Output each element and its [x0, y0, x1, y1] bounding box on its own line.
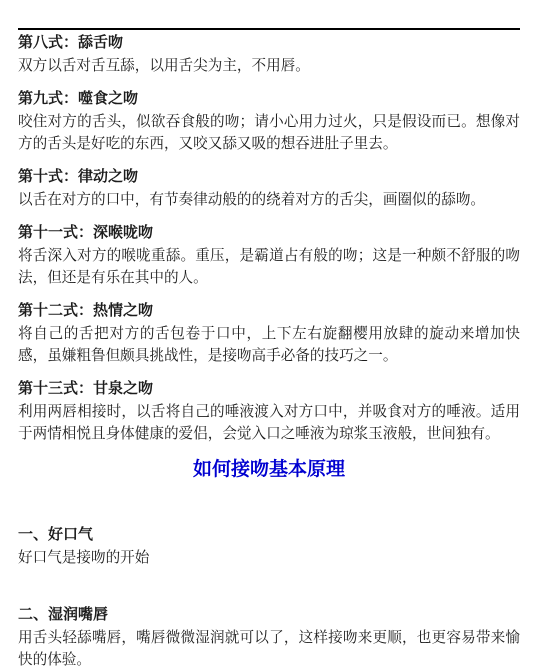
- document-title: 如何接吻基本原理: [18, 457, 520, 483]
- section-principle-1: 一、好口气 好口气是接吻的开始: [18, 525, 520, 569]
- section-body-text: 用舌头轻舔嘴唇，嘴唇微微湿润就可以了，这样接吻来更顺，也更容易带来愉快的体验。: [18, 627, 520, 670]
- section-body-text: 咬住对方的舌头，似欲吞食般的吻；请小心用力过火，只是假设而已。想像对方的舌头是好…: [18, 111, 520, 155]
- section-kiss-13: 第十三式：甘泉之吻 利用两唇相接时，以舌将自己的唾液渡入对方口中，并吸食对方的唾…: [18, 379, 520, 445]
- section-heading: 第十二式：热情之吻: [18, 301, 520, 322]
- section-heading: 第十式：律动之吻: [18, 167, 520, 188]
- section-body-text: 双方以舌对舌互舔，以用舌尖为主，不用唇。: [18, 55, 520, 77]
- section-body-text: 将舌深入对方的喉咙重舔。重压，是霸道占有般的吻；这是一种颇不舒服的吻法，但还是有…: [18, 245, 520, 289]
- section-heading: 第八式：舔舌吻: [18, 33, 520, 54]
- section-kiss-10: 第十式：律动之吻 以舌在对方的口中，有节奏律动般的的绕着对方的舌尖，画圈似的舔吻…: [18, 167, 520, 211]
- section-heading: 第十一式：深喉咙吻: [18, 223, 520, 244]
- section-heading: 二、湿润嘴唇: [18, 605, 520, 626]
- header-rule: [18, 28, 520, 30]
- section-principle-2: 二、湿润嘴唇 用舌头轻舔嘴唇，嘴唇微微湿润就可以了，这样接吻来更顺，也更容易带来…: [18, 605, 520, 670]
- section-body-text: 好口气是接吻的开始: [18, 547, 520, 569]
- section-body-text: 利用两唇相接时，以舌将自己的唾液渡入对方口中，并吸食对方的唾液。适用于两情相悦且…: [18, 401, 520, 445]
- section-kiss-8: 第八式：舔舌吻 双方以舌对舌互舔，以用舌尖为主，不用唇。: [18, 33, 520, 77]
- section-kiss-9: 第九式：噬食之吻 咬住对方的舌头，似欲吞食般的吻；请小心用力过火，只是假设而已。…: [18, 89, 520, 155]
- section-heading: 第十三式：甘泉之吻: [18, 379, 520, 400]
- section-heading: 一、好口气: [18, 525, 520, 546]
- section-kiss-12: 第十二式：热情之吻 将自己的舌把对方的舌包卷于口中，上下左右旋翻樱用放肆的旋动来…: [18, 301, 520, 367]
- section-kiss-11: 第十一式：深喉咙吻 将舌深入对方的喉咙重舔。重压，是霸道占有般的吻；这是一种颇不…: [18, 223, 520, 289]
- document-page: 第八式：舔舌吻 双方以舌对舌互舔，以用舌尖为主，不用唇。 第九式：噬食之吻 咬住…: [0, 0, 538, 670]
- section-heading: 第九式：噬食之吻: [18, 89, 520, 110]
- section-body-text: 以舌在对方的口中，有节奏律动般的的绕着对方的舌尖，画圈似的舔吻。: [18, 189, 520, 211]
- section-body-text: 将自己的舌把对方的舌包卷于口中，上下左右旋翻樱用放肆的旋动来增加快感，虽嫌粗鲁但…: [18, 323, 520, 367]
